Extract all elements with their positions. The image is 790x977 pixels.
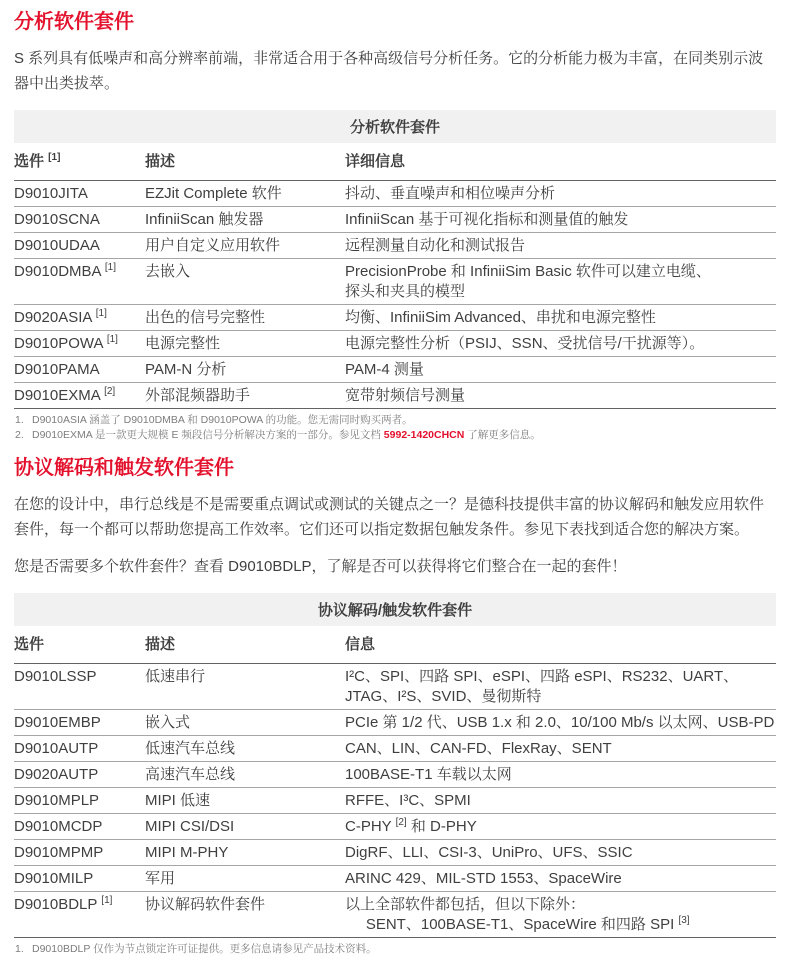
column-header: 详细信息 <box>345 143 776 181</box>
info-line: 电源完整性分析（PSIJ、SSN、受扰信号/干扰源等）。 <box>345 334 776 354</box>
info-cell: 远程测量自动化和测试报告 <box>345 233 776 259</box>
footnote-number: 2. <box>15 428 32 442</box>
info-line: 探头和夹具的模型 <box>345 282 776 302</box>
info-cell: C-PHY [2] 和 D-PHY <box>345 814 776 840</box>
info-cell: I²C、SPI、四路 SPI、eSPI、四路 eSPI、RS232、UART、J… <box>345 664 776 710</box>
table-row: D9010UDAA用户自定义应用软件远程测量自动化和测试报告 <box>14 233 776 259</box>
footnote-marker: [2] <box>396 817 407 828</box>
footnote-number: 1. <box>15 942 32 956</box>
footnote-marker: [1] <box>48 152 60 163</box>
description-cell: MIPI M-PHY <box>145 840 345 866</box>
analysis-section: 分析软件套件 S 系列具有低噪声和高分辨率前端，非常适合用于各种高级信号分析任务… <box>14 10 776 442</box>
info-line: I²C、SPI、四路 SPI、eSPI、四路 eSPI、RS232、UART、 <box>345 667 776 687</box>
option-cell: D9010DMBA [1] <box>14 259 145 305</box>
analysis-intro-paragraph: S 系列具有低噪声和高分辨率前端，非常适合用于各种高级信号分析任务。它的分析能力… <box>14 46 776 96</box>
info-line: 100BASE-T1 车载以太网 <box>345 765 776 785</box>
description-cell: PAM-N 分析 <box>145 357 345 383</box>
info-cell: RFFE、I³C、SPMI <box>345 788 776 814</box>
info-line: 均衡、InfiniiSim Advanced、串扰和电源完整性 <box>345 308 776 328</box>
info-cell: 均衡、InfiniiSim Advanced、串扰和电源完整性 <box>345 305 776 331</box>
info-line: InfiniiScan 基于可视化指标和测量值的触发 <box>345 210 776 230</box>
footnote-number: 1. <box>15 413 32 427</box>
column-header: 描述 <box>145 626 345 664</box>
option-cell: D9010MPLP <box>14 788 145 814</box>
table-row: D9020ASIA [1]出色的信号完整性均衡、InfiniiSim Advan… <box>14 305 776 331</box>
footnote-marker: [3] <box>678 915 689 926</box>
footnote: 2.D9010EXMA 是一款更大规模 E 频段信号分析解决方案的一部分。参见文… <box>15 428 776 442</box>
footnote: 1.D9010BDLP 仅作为节点锁定许可证提供。更多信息请参见产品技术资料。 <box>15 942 776 956</box>
info-cell: 电源完整性分析（PSIJ、SSN、受扰信号/干扰源等）。 <box>345 331 776 357</box>
footnote-marker: [1] <box>101 895 112 906</box>
footnote-marker: [1] <box>107 334 118 345</box>
info-cell: PrecisionProbe 和 InfiniiSim Basic 软件可以建立… <box>345 259 776 305</box>
option-cell: D9010POWA [1] <box>14 331 145 357</box>
option-cell: D9010JITA <box>14 181 145 207</box>
description-cell: 低速串行 <box>145 664 345 710</box>
description-cell: 用户自定义应用软件 <box>145 233 345 259</box>
info-line: 远程测量自动化和测试报告 <box>345 236 776 256</box>
datasheet-page: 分析软件套件 S 系列具有低噪声和高分辨率前端，非常适合用于各种高级信号分析任务… <box>0 10 790 967</box>
info-cell: 以上全部软件都包括，但以下除外： SENT、100BASE-T1、SpaceWi… <box>345 892 776 938</box>
option-cell: D9010PAMA <box>14 357 145 383</box>
info-line: PrecisionProbe 和 InfiniiSim Basic 软件可以建立… <box>345 262 776 282</box>
protocol-table-title: 协议解码/触发软件套件 <box>14 593 776 626</box>
info-line: DigRF、LLI、CSI-3、UniPro、UFS、SSIC <box>345 843 776 863</box>
header-row: 选件 [1]描述详细信息 <box>14 143 776 181</box>
protocol-software-table: 选件描述信息D9010LSSP低速串行I²C、SPI、四路 SPI、eSPI、四… <box>14 626 776 938</box>
footnote-marker: [2] <box>104 386 115 397</box>
table-row: D9010PAMAPAM-N 分析PAM-4 测量 <box>14 357 776 383</box>
info-line: ARINC 429、MIL-STD 1553、SpaceWire <box>345 869 776 889</box>
info-cell: 宽带射频信号测量 <box>345 383 776 409</box>
table-row: D9010EMBP嵌入式PCIe 第 1/2 代、USB 1.x 和 2.0、1… <box>14 710 776 736</box>
info-cell: 抖动、垂直噪声和相位噪声分析 <box>345 181 776 207</box>
info-line: 抖动、垂直噪声和相位噪声分析 <box>345 184 776 204</box>
protocol-intro-paragraph: 在您的设计中，串行总线是不是需要重点调试或测试的关键点之一？是德科技提供丰富的协… <box>14 492 776 542</box>
table-row: D9010BDLP [1]协议解码软件套件以上全部软件都包括，但以下除外： SE… <box>14 892 776 938</box>
description-cell: 电源完整性 <box>145 331 345 357</box>
table-row: D9010AUTP低速汽车总线CAN、LIN、CAN-FD、FlexRay、SE… <box>14 736 776 762</box>
description-cell: 低速汽车总线 <box>145 736 345 762</box>
info-line: 宽带射频信号测量 <box>345 386 776 406</box>
analysis-table-title: 分析软件套件 <box>14 110 776 143</box>
footnote-marker: [1] <box>105 262 116 273</box>
info-cell: InfiniiScan 基于可视化指标和测量值的触发 <box>345 207 776 233</box>
info-line: SENT、100BASE-T1、SpaceWire 和四路 SPI [3] <box>345 915 776 935</box>
info-cell: 100BASE-T1 车载以太网 <box>345 762 776 788</box>
description-cell: 出色的信号完整性 <box>145 305 345 331</box>
info-line: C-PHY [2] 和 D-PHY <box>345 817 776 837</box>
info-line: PCIe 第 1/2 代、USB 1.x 和 2.0、10/100 Mb/s 以… <box>345 713 776 733</box>
description-cell: 军用 <box>145 866 345 892</box>
info-line: RFFE、I³C、SPMI <box>345 791 776 811</box>
analysis-section-heading: 分析软件套件 <box>14 10 776 34</box>
table-row: D9010SCNAInfiniiScan 触发器InfiniiScan 基于可视… <box>14 207 776 233</box>
info-cell: ARINC 429、MIL-STD 1553、SpaceWire <box>345 866 776 892</box>
protocol-section-heading: 协议解码和触发软件套件 <box>14 456 776 480</box>
info-line: 以上全部软件都包括，但以下除外： <box>345 895 776 915</box>
column-header: 选件 [1] <box>14 143 145 181</box>
table-row: D9010MPLPMIPI 低速RFFE、I³C、SPMI <box>14 788 776 814</box>
table-row: D9020AUTP高速汽车总线100BASE-T1 车载以太网 <box>14 762 776 788</box>
header-row: 选件描述信息 <box>14 626 776 664</box>
description-cell: 协议解码软件套件 <box>145 892 345 938</box>
table-row: D9010JITAEZJit Complete 软件抖动、垂直噪声和相位噪声分析 <box>14 181 776 207</box>
description-cell: 嵌入式 <box>145 710 345 736</box>
info-cell: DigRF、LLI、CSI-3、UniPro、UFS、SSIC <box>345 840 776 866</box>
description-cell: InfiniiScan 触发器 <box>145 207 345 233</box>
protocol-table-footnotes: 1.D9010BDLP 仅作为节点锁定许可证提供。更多信息请参见产品技术资料。 <box>14 942 776 956</box>
protocol-note-paragraph: 您是否需要多个软件套件？查看 D9010BDLP，了解是否可以获得将它们整合在一… <box>14 554 776 579</box>
analysis-table-footnotes: 1.D9010ASIA 涵盖了 D9010DMBA 和 D9010POWA 的功… <box>14 413 776 442</box>
option-cell: D9020ASIA [1] <box>14 305 145 331</box>
info-line: JTAG、I²S、SVID、曼彻斯特 <box>345 687 776 707</box>
table-row: D9010DMBA [1]去嵌入PrecisionProbe 和 Infinii… <box>14 259 776 305</box>
analysis-software-table: 选件 [1]描述详细信息D9010JITAEZJit Complete 软件抖动… <box>14 143 776 409</box>
table-row: D9010MCDPMIPI CSI/DSIC-PHY [2] 和 D-PHY <box>14 814 776 840</box>
description-cell: MIPI 低速 <box>145 788 345 814</box>
option-cell: D9010BDLP [1] <box>14 892 145 938</box>
option-cell: D9010EXMA [2] <box>14 383 145 409</box>
option-cell: D9010MPMP <box>14 840 145 866</box>
description-cell: MIPI CSI/DSI <box>145 814 345 840</box>
info-cell: CAN、LIN、CAN-FD、FlexRay、SENT <box>345 736 776 762</box>
footnote-marker: [1] <box>96 308 107 319</box>
info-cell: PAM-4 测量 <box>345 357 776 383</box>
description-cell: 高速汽车总线 <box>145 762 345 788</box>
info-line: CAN、LIN、CAN-FD、FlexRay、SENT <box>345 739 776 759</box>
protocol-section: 协议解码和触发软件套件 在您的设计中，串行总线是不是需要重点调试或测试的关键点之… <box>14 456 776 956</box>
table-row: D9010MPMPMIPI M-PHYDigRF、LLI、CSI-3、UniPr… <box>14 840 776 866</box>
option-cell: D9010SCNA <box>14 207 145 233</box>
column-header: 描述 <box>145 143 345 181</box>
column-header: 选件 <box>14 626 145 664</box>
option-cell: D9010AUTP <box>14 736 145 762</box>
description-cell: 外部混频器助手 <box>145 383 345 409</box>
footnote: 1.D9010ASIA 涵盖了 D9010DMBA 和 D9010POWA 的功… <box>15 413 776 427</box>
info-line: PAM-4 测量 <box>345 360 776 380</box>
description-cell: 去嵌入 <box>145 259 345 305</box>
info-cell: PCIe 第 1/2 代、USB 1.x 和 2.0、10/100 Mb/s 以… <box>345 710 776 736</box>
table-row: D9010LSSP低速串行I²C、SPI、四路 SPI、eSPI、四路 eSPI… <box>14 664 776 710</box>
option-cell: D9010LSSP <box>14 664 145 710</box>
description-cell: EZJit Complete 软件 <box>145 181 345 207</box>
document-link[interactable]: 5992-1420CHCN <box>384 429 465 441</box>
option-cell: D9010UDAA <box>14 233 145 259</box>
option-cell: D9010EMBP <box>14 710 145 736</box>
table-row: D9010POWA [1]电源完整性电源完整性分析（PSIJ、SSN、受扰信号/… <box>14 331 776 357</box>
column-header: 信息 <box>345 626 776 664</box>
option-cell: D9020AUTP <box>14 762 145 788</box>
table-row: D9010EXMA [2]外部混频器助手宽带射频信号测量 <box>14 383 776 409</box>
option-cell: D9010MCDP <box>14 814 145 840</box>
option-cell: D9010MILP <box>14 866 145 892</box>
table-row: D9010MILP军用ARINC 429、MIL-STD 1553、SpaceW… <box>14 866 776 892</box>
